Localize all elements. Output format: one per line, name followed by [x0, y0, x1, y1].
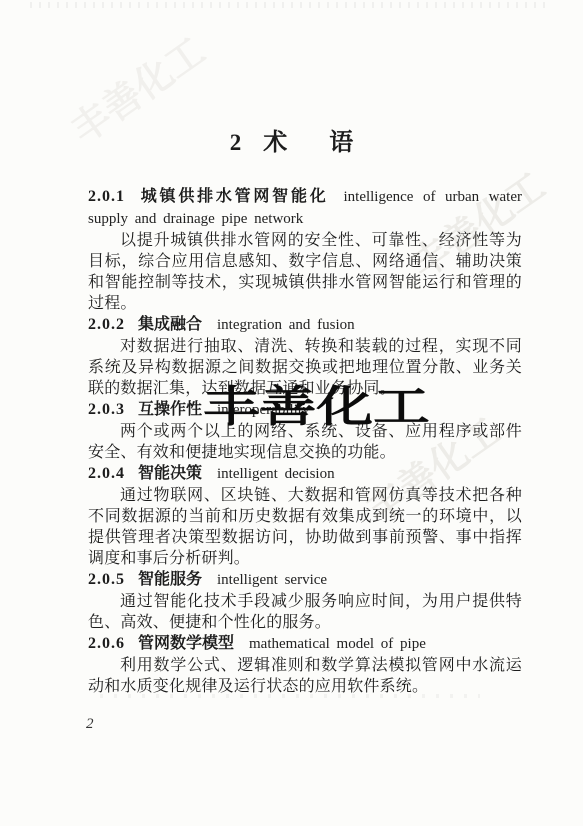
term-head: 2.0.1城镇供排水管网智能化intelligence of urban wat…	[88, 186, 522, 230]
term-en: intelligent decision	[217, 466, 335, 482]
page-number: 2	[86, 716, 94, 733]
term-number: 2.0.1	[88, 188, 125, 205]
chapter-title-word1: 术	[263, 122, 287, 157]
term-entry: 2.0.5智能服务intelligent service 通过智能化技术手段减少…	[88, 569, 522, 633]
term-entry: 2.0.4智能决策intelligent decision 通过物联网、区块链、…	[88, 463, 522, 569]
term-number: 2.0.5	[88, 571, 125, 588]
scan-noise-top	[30, 2, 550, 8]
term-definition: 以提升城镇供排水管网的安全性、可靠性、经济性等为目标，综合应用信息感知、数字信息…	[88, 230, 522, 314]
term-head: 2.0.4智能决策intelligent decision	[88, 463, 522, 485]
term-definition: 利用数学公式、逻辑准则和数学算法模拟管网中水流运动和水质变化规律及运行状态的应用…	[88, 655, 522, 697]
chapter-title: 2 术 语	[0, 122, 583, 157]
chapter-number: 2	[230, 130, 242, 156]
term-zh: 互操作性	[138, 401, 202, 418]
term-head: 2.0.6管网数学模型mathematical model of pipe	[88, 633, 522, 655]
term-number: 2.0.3	[88, 401, 125, 418]
terms-section: 2.0.1城镇供排水管网智能化intelligence of urban wat…	[88, 186, 522, 697]
term-head: 2.0.2集成融合integration and fusion	[88, 314, 522, 336]
term-zh: 管网数学模型	[138, 635, 234, 652]
term-definition: 通过物联网、区块链、大数据和管网仿真等技术把各种不同数据源的当前和历史数据有效集…	[88, 485, 522, 569]
term-zh: 集成融合	[138, 316, 202, 333]
term-zh: 城镇供排水管网智能化	[138, 188, 328, 205]
term-head: 2.0.5智能服务intelligent service	[88, 569, 522, 591]
term-number: 2.0.4	[88, 465, 125, 482]
term-en: mathematical model of pipe	[249, 636, 426, 652]
term-en: integration and fusion	[217, 317, 355, 333]
term-definition: 通过智能化技术手段减少服务响应时间，为用户提供特色、高效、便捷和个性化的服务。	[88, 591, 522, 633]
term-number: 2.0.2	[88, 316, 125, 333]
term-zh: 智能服务	[138, 571, 202, 588]
term-en: intelligent service	[217, 572, 327, 588]
term-number: 2.0.6	[88, 635, 125, 652]
term-entry: 2.0.6管网数学模型mathematical model of pipe 利用…	[88, 633, 522, 697]
overlay-watermark: 丰善化工	[203, 388, 455, 426]
term-zh: 智能决策	[138, 465, 202, 482]
term-entry: 2.0.1城镇供排水管网智能化intelligence of urban wat…	[88, 186, 522, 314]
document-page: 丰善化工 丰善化工 丰善化工 2 术 语 2.0.1城镇供排水管网智能化inte…	[0, 0, 583, 826]
chapter-title-word2: 语	[329, 122, 353, 157]
